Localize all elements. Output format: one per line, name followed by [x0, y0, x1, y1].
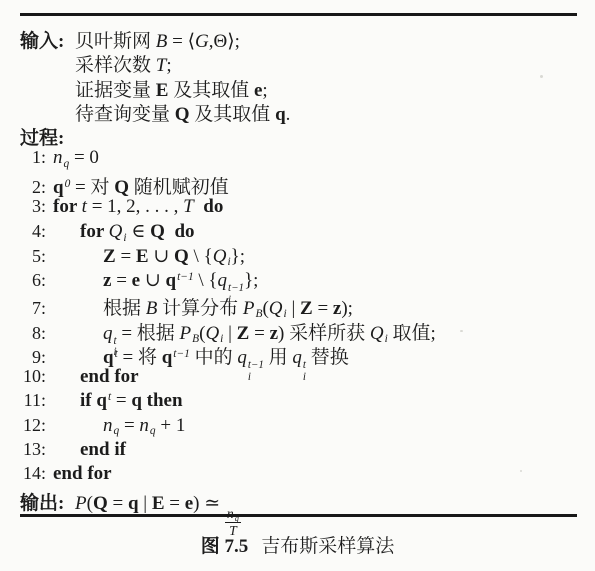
figure-title: 吉布斯采样算法: [261, 536, 394, 557]
math-token: B: [156, 31, 168, 52]
step-number: 3:: [20, 196, 46, 217]
step-content: for Qi ∈ Q do: [80, 220, 195, 243]
step-content: Z = E ∪ Q \ {Qi};: [103, 245, 245, 268]
supsub-stack: t−1i: [248, 360, 264, 383]
superscript: t: [115, 348, 118, 360]
step-number: 1:: [20, 147, 46, 168]
subscript: i: [303, 372, 306, 384]
io-label: 输入:: [20, 26, 75, 53]
step-number: 11:: [20, 390, 46, 411]
figure-label: 图 7.5: [201, 536, 249, 557]
step-content: for t = 1, 2, . . . , T do: [53, 196, 223, 218]
step-number: 2:: [20, 177, 46, 198]
math-token: Q: [150, 221, 165, 242]
math-token: Q: [213, 246, 227, 267]
math-token: ⟩;: [227, 31, 240, 52]
math-token: =: [165, 493, 185, 514]
step-content: if qt = q then: [80, 390, 183, 412]
algo-io-line: 输出:P(Q = q | E = e) ≃ nqT: [20, 488, 580, 512]
subscript: B: [256, 308, 263, 320]
superscript: t−1: [177, 271, 194, 283]
algo-io-line: 待查询变量 Q 及其取值 q.: [20, 99, 580, 123]
math-token: =: [313, 298, 333, 319]
math-token: 及其取值: [168, 80, 254, 101]
math-token: Z: [237, 323, 250, 344]
scan-noise: [460, 330, 463, 332]
math-token: Θ: [214, 31, 228, 52]
scan-noise: [540, 75, 543, 78]
subscript: i: [284, 308, 287, 320]
math-token: E: [136, 246, 149, 267]
math-token: =: [111, 390, 131, 411]
algo-io-line: 证据变量 E 及其取值 e;: [20, 75, 580, 99]
subscript: i: [248, 372, 251, 384]
math-token: e: [185, 493, 193, 514]
math-token: ∪: [149, 246, 174, 267]
math-token: end for: [53, 463, 112, 484]
math-token: Q: [93, 493, 108, 514]
math-token: 中的: [190, 347, 238, 368]
algo-io-line: 过程:: [20, 123, 580, 147]
math-token: 待查询变量: [75, 104, 175, 125]
math-token: q: [166, 270, 177, 291]
math-token: q: [237, 347, 247, 368]
step-number: 10:: [20, 366, 46, 387]
step-number: 4:: [20, 221, 46, 242]
math-token: ) 采样所获: [278, 323, 370, 344]
math-token: =: [119, 415, 139, 436]
superscript: t−1: [173, 348, 190, 360]
step-content: end if: [80, 439, 126, 461]
math-token: 随机赋初值: [129, 177, 229, 198]
math-token: 替换: [306, 347, 349, 368]
math-token: 及其取值: [190, 104, 276, 125]
subscript: i: [123, 232, 126, 244]
subscript: i: [220, 333, 223, 345]
step-content: nq = nq + 1: [103, 415, 185, 437]
math-token: do: [203, 196, 223, 217]
math-token: 贝叶斯网: [75, 31, 156, 52]
io-content: 贝叶斯网 B = ⟨G,Θ⟩;: [75, 26, 240, 53]
math-token: Q: [269, 298, 283, 319]
io-content: 采样次数 T;: [75, 50, 172, 77]
math-token: q: [128, 493, 139, 514]
step-content: 根据 B 计算分布 PB(Qi | Z = z);: [103, 293, 353, 320]
subscript: i: [385, 333, 388, 345]
step-content: qt = 将 qt−1 中的 qt−1i 用 qti 替换: [103, 342, 349, 383]
math-token: ∪: [140, 270, 165, 291]
math-token: ;: [262, 80, 267, 101]
subscript: q: [64, 158, 70, 170]
math-token: end for: [80, 366, 139, 387]
math-token: 计算分布: [157, 298, 243, 319]
math-token: 采样次数: [75, 55, 156, 76]
scan-noise: [520, 470, 522, 472]
algo-step-line: 5:Z = E ∪ Q \ {Qi};: [20, 245, 580, 269]
math-token: n: [103, 415, 113, 436]
algo-step-line: 1:nq = 0: [20, 147, 580, 171]
math-token: q: [275, 104, 286, 125]
math-token: |: [287, 298, 300, 319]
math-token: Q: [109, 221, 123, 242]
scanned-textbook-page: 输入:贝叶斯网 B = ⟨G,Θ⟩;采样次数 T;证据变量 E 及其取值 e;待…: [0, 0, 595, 571]
algo-step-line: 12:nq = nq + 1: [20, 415, 580, 439]
algo-step-line: 11:if qt = q then: [20, 390, 580, 414]
math-token: |: [139, 493, 152, 514]
algo-step-line: 8:qti = 根据 PB(Qi | Z = z) 采样所获 Qi 取值;: [20, 318, 580, 342]
math-token: = 对: [70, 177, 114, 198]
io-content: 待查询变量 Q 及其取值 q.: [75, 99, 290, 126]
step-number: 14:: [20, 463, 46, 484]
step-number: 13:: [20, 439, 46, 460]
math-token: Z: [103, 246, 116, 267]
math-token: \ {: [189, 246, 213, 267]
step-content: end for: [53, 463, 112, 485]
math-token: ;: [166, 55, 171, 76]
math-token: if: [80, 390, 96, 411]
algorithm-box: 输入:贝叶斯网 B = ⟨G,Θ⟩;采样次数 T;证据变量 E 及其取值 e;待…: [20, 26, 580, 512]
algo-step-line: 2:q0 = 对 Q 随机赋初值: [20, 172, 580, 196]
math-token: G: [195, 31, 209, 52]
math-token: = 0: [69, 147, 99, 168]
subscript: B: [192, 333, 199, 345]
math-token: );: [341, 298, 353, 319]
math-token: T: [183, 196, 194, 217]
math-token: Z: [300, 298, 313, 319]
math-token: Q: [205, 323, 219, 344]
math-token: 取值;: [388, 323, 436, 344]
math-token: = 根据: [117, 323, 180, 344]
math-token: q: [103, 323, 113, 344]
math-token: };: [231, 246, 245, 267]
math-token: P: [243, 298, 255, 319]
math-token: Q: [175, 104, 190, 125]
algo-step-line: 14:end for: [20, 463, 580, 487]
math-token: = 将: [118, 347, 162, 368]
step-content: end for: [80, 366, 139, 388]
math-token: =: [249, 323, 269, 344]
math-token: \ {: [194, 270, 218, 291]
math-token: 根据: [103, 298, 146, 319]
math-token: B: [146, 298, 158, 319]
math-token: then: [147, 390, 183, 411]
math-token: T: [156, 55, 167, 76]
superscript: t: [108, 391, 111, 403]
step-content: q0 = 对 Q 随机赋初值: [53, 172, 229, 199]
math-token: Q: [174, 246, 189, 267]
step-number: 12:: [20, 415, 46, 436]
algo-step-line: 7:根据 B 计算分布 PB(Qi | Z = z);: [20, 293, 580, 317]
superscript: t−1: [248, 360, 264, 372]
step-number: 5:: [20, 246, 46, 267]
math-token: |: [223, 323, 236, 344]
math-token: q: [53, 177, 64, 198]
algorithm-top-rule: [20, 13, 577, 16]
math-token: [194, 196, 204, 217]
math-token: q: [96, 390, 107, 411]
math-token: z: [270, 323, 278, 344]
io-content: 证据变量 E 及其取值 e;: [75, 75, 268, 102]
math-token: q: [218, 270, 228, 291]
math-token: =: [108, 493, 128, 514]
math-token: + 1: [156, 415, 186, 436]
math-token: };: [244, 270, 258, 291]
math-token: q: [131, 390, 142, 411]
step-content: nq = 0: [53, 147, 99, 169]
math-token: n: [139, 415, 149, 436]
algo-step-line: 3:for t = 1, 2, . . . , T do: [20, 196, 580, 220]
io-label: 过程:: [20, 123, 75, 150]
math-token: q: [103, 347, 114, 368]
math-token: =: [111, 270, 131, 291]
math-token: q: [162, 347, 173, 368]
math-token: n: [53, 147, 63, 168]
math-token: =: [116, 246, 136, 267]
math-token: Q: [114, 177, 129, 198]
subscript: q: [114, 425, 120, 437]
math-token: end if: [80, 439, 126, 460]
subscript: i: [227, 256, 230, 268]
math-token: 用: [264, 347, 293, 368]
io-label: 输出:: [20, 488, 75, 515]
math-token: for: [80, 221, 109, 242]
algorithm-bottom-rule: [20, 514, 577, 517]
algo-step-line: 6:z = e ∪ qt−1 \ {qt−1i};: [20, 269, 580, 293]
math-token: E: [152, 493, 165, 514]
math-token: q: [292, 347, 302, 368]
math-token: E: [156, 80, 169, 101]
math-token: P: [75, 493, 87, 514]
figure-caption: 图 7.5吉布斯采样算法: [0, 531, 595, 558]
algo-io-line: 输入:贝叶斯网 B = ⟨G,Θ⟩;: [20, 26, 580, 50]
algo-step-line: 13:end if: [20, 439, 580, 463]
math-token: do: [174, 221, 194, 242]
step-number: 7:: [20, 298, 46, 319]
math-token: .: [286, 104, 291, 125]
algo-step-line: 9:qt = 将 qt−1 中的 qt−1i 用 qti 替换: [20, 342, 580, 366]
step-number: 9:: [20, 347, 46, 368]
superscript: 0: [65, 178, 71, 190]
math-token: P: [180, 323, 192, 344]
math-token: e: [132, 270, 140, 291]
math-token: ) ≃: [193, 493, 225, 514]
step-number: 6:: [20, 270, 46, 291]
subscript: q: [150, 425, 156, 437]
math-token: = 1, 2, . . . ,: [87, 196, 183, 217]
math-token: ∈: [127, 221, 151, 242]
math-token: [165, 221, 175, 242]
math-token: 证据变量: [75, 80, 156, 101]
math-token: Q: [370, 323, 384, 344]
algo-io-line: 采样次数 T;: [20, 50, 580, 74]
math-token: for: [53, 196, 82, 217]
math-token: = ⟨: [167, 31, 195, 52]
algo-step-line: 4:for Qi ∈ Q do: [20, 220, 580, 244]
step-number: 8:: [20, 323, 46, 344]
